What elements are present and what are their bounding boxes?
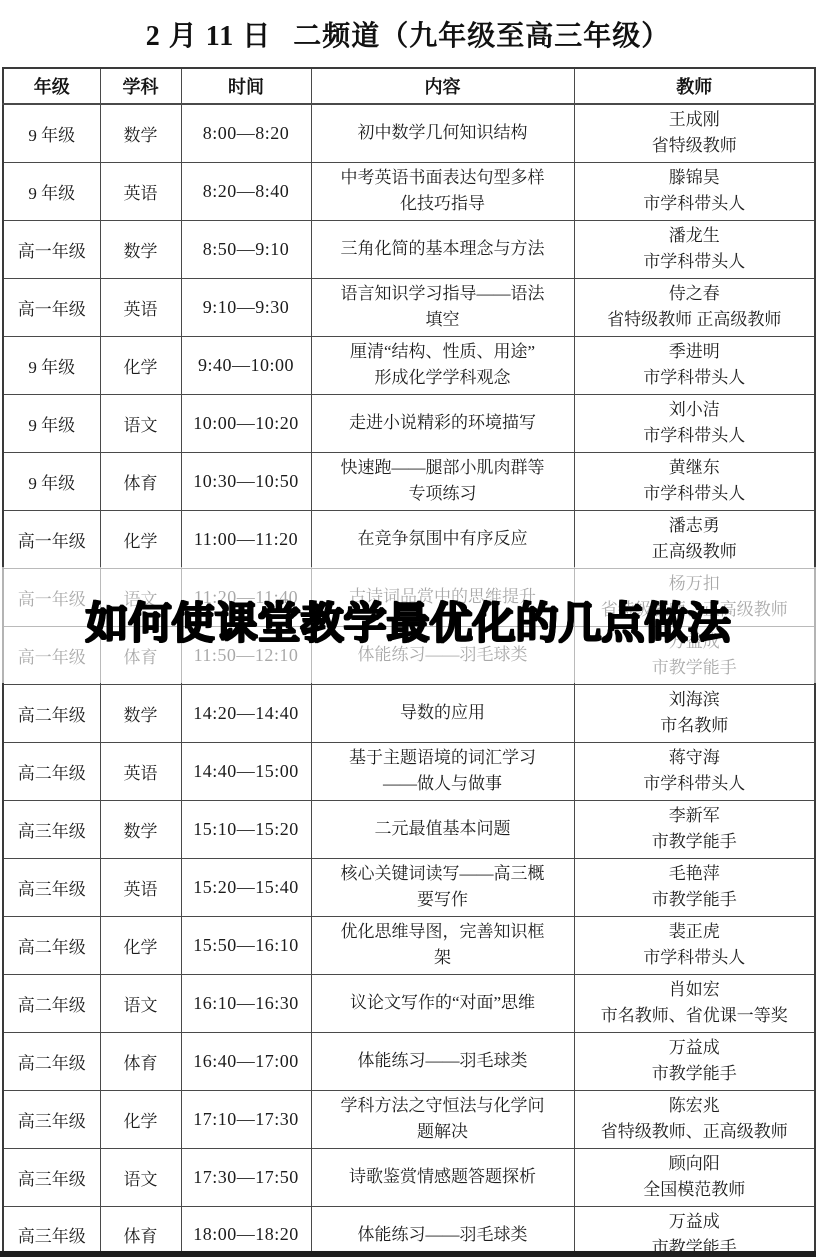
time-cell: 9:40—10:00 — [181, 336, 311, 394]
grade-cell: 9 年级 — [3, 336, 100, 394]
grade-cell: 高二年级 — [3, 684, 100, 742]
teacher-name: 黄继东 — [579, 455, 811, 481]
header-row: 年级 学科 时间 内容 教师 — [3, 68, 815, 104]
teacher-title: 市学科带头人 — [579, 945, 811, 971]
grade-cell: 9 年级 — [3, 394, 100, 452]
subject-cell: 体育 — [100, 452, 181, 510]
subject-cell: 体育 — [100, 626, 181, 684]
table-row: 高三年级 化学 17:10—17:30 学科方法之守恒法与化学问 题解决 陈宏兆… — [3, 1090, 815, 1148]
time-cell: 11:00—11:20 — [181, 510, 311, 568]
teacher-name: 刘海滨 — [579, 687, 811, 713]
teacher-name: 陈宏兆 — [579, 1093, 811, 1119]
subject-cell: 语文 — [100, 974, 181, 1032]
time-cell: 17:30—17:50 — [181, 1148, 311, 1206]
grade-cell: 高三年级 — [3, 1148, 100, 1206]
teacher-cell: 顾向阳 全国模范教师 — [574, 1148, 815, 1206]
content-cell: 优化思维导图，完善知识框 架 — [311, 916, 574, 974]
grade-cell: 高二年级 — [3, 1032, 100, 1090]
col-header-teacher: 教师 — [574, 68, 815, 104]
table-row: 高二年级 体育 16:40—17:00 体能练习——羽毛球类 万益成 市教学能手 — [3, 1032, 815, 1090]
subject-cell: 数学 — [100, 104, 181, 162]
teacher-name: 毛艳萍 — [579, 861, 811, 887]
teacher-cell: 肖如宏 市名教师、省优课一等奖 — [574, 974, 815, 1032]
content-cell: 快速跑——腿部小肌肉群等 专项练习 — [311, 452, 574, 510]
grade-cell: 高二年级 — [3, 916, 100, 974]
teacher-title: 市名教师 — [579, 713, 811, 739]
subject-cell: 化学 — [100, 916, 181, 974]
schedule-table: 年级 学科 时间 内容 教师 9 年级 数学 8:00—8:20 初中数学几何知… — [2, 67, 816, 1257]
grade-cell: 高一年级 — [3, 220, 100, 278]
teacher-cell: 刘海滨 市名教师 — [574, 684, 815, 742]
teacher-cell: 万益成 市教学能手 — [574, 626, 815, 684]
teacher-cell: 杨万扣 省特级教师、正高级教师 — [574, 568, 815, 626]
teacher-name: 李新军 — [579, 803, 811, 829]
table-row: 高二年级 化学 15:50—16:10 优化思维导图，完善知识框 架 裴正虎 市… — [3, 916, 815, 974]
subject-cell: 语文 — [100, 1148, 181, 1206]
teacher-title: 市学科带头人 — [579, 771, 811, 797]
teacher-title: 市教学能手 — [579, 655, 811, 681]
teacher-name: 万益成 — [579, 1035, 811, 1061]
content-cell: 学科方法之守恒法与化学问 题解决 — [311, 1090, 574, 1148]
title-date: 2 月 11 日 — [146, 14, 271, 54]
teacher-name: 滕锦昊 — [579, 165, 811, 191]
content-cell: 二元最值基本问题 — [311, 800, 574, 858]
subject-cell: 英语 — [100, 742, 181, 800]
table-row: 高二年级 数学 14:20—14:40 导数的应用 刘海滨 市名教师 — [3, 684, 815, 742]
teacher-name: 季进明 — [579, 339, 811, 365]
grade-cell: 高一年级 — [3, 626, 100, 684]
content-cell: 厘清“结构、性质、用途” 形成化学学科观念 — [311, 336, 574, 394]
page-title: 2 月 11 日 二频道（九年级至高三年级） — [0, 0, 816, 67]
teacher-cell: 陈宏兆 省特级教师、正高级教师 — [574, 1090, 815, 1148]
teacher-title: 市学科带头人 — [579, 365, 811, 391]
content-cell: 初中数学几何知识结构 — [311, 104, 574, 162]
content-cell: 议论文写作的“对面”思维 — [311, 974, 574, 1032]
teacher-cell: 万益成 市教学能手 — [574, 1206, 815, 1257]
table-row: 高二年级 语文 16:10—16:30 议论文写作的“对面”思维 肖如宏 市名教… — [3, 974, 815, 1032]
content-cell: 三角化简的基本理念与方法 — [311, 220, 574, 278]
time-cell: 17:10—17:30 — [181, 1090, 311, 1148]
content-cell: 语言知识学习指导——语法 填空 — [311, 278, 574, 336]
grade-cell: 高二年级 — [3, 974, 100, 1032]
table-row: 9 年级 体育 10:30—10:50 快速跑——腿部小肌肉群等 专项练习 黄继… — [3, 452, 815, 510]
teacher-cell: 季进明 市学科带头人 — [574, 336, 815, 394]
teacher-cell: 毛艳萍 市教学能手 — [574, 858, 815, 916]
subject-cell: 体育 — [100, 1206, 181, 1257]
table-row: 9 年级 数学 8:00—8:20 初中数学几何知识结构 王成刚 省特级教师 — [3, 104, 815, 162]
teacher-title: 省特级教师、正高级教师 — [579, 597, 811, 623]
time-cell: 10:30—10:50 — [181, 452, 311, 510]
grade-cell: 高三年级 — [3, 1206, 100, 1257]
teacher-cell: 蒋守海 市学科带头人 — [574, 742, 815, 800]
teacher-title: 市教学能手 — [579, 829, 811, 855]
subject-cell: 英语 — [100, 278, 181, 336]
content-cell: 古诗词品赏中的思维提升 — [311, 568, 574, 626]
teacher-title: 市名教师、省优课一等奖 — [579, 1003, 811, 1029]
teacher-name: 万益成 — [579, 629, 811, 655]
grade-cell: 高一年级 — [3, 278, 100, 336]
table-row: 9 年级 英语 8:20—8:40 中考英语书面表达句型多样 化技巧指导 滕锦昊… — [3, 162, 815, 220]
col-header-subject: 学科 — [100, 68, 181, 104]
time-cell: 11:50—12:10 — [181, 626, 311, 684]
content-cell: 体能练习——羽毛球类 — [311, 1206, 574, 1257]
time-cell: 16:10—16:30 — [181, 974, 311, 1032]
teacher-name: 刘小洁 — [579, 397, 811, 423]
grade-cell: 高三年级 — [3, 858, 100, 916]
table-row: 高二年级 英语 14:40—15:00 基于主题语境的词汇学习 ——做人与做事 … — [3, 742, 815, 800]
grade-cell: 9 年级 — [3, 162, 100, 220]
time-cell: 8:20—8:40 — [181, 162, 311, 220]
table-row: 高一年级 语文 11:20—11:40 古诗词品赏中的思维提升 杨万扣 省特级教… — [3, 568, 815, 626]
teacher-cell: 侍之春 省特级教师 正高级教师 — [574, 278, 815, 336]
time-cell: 10:00—10:20 — [181, 394, 311, 452]
time-cell: 15:50—16:10 — [181, 916, 311, 974]
teacher-cell: 万益成 市教学能手 — [574, 1032, 815, 1090]
subject-cell: 语文 — [100, 568, 181, 626]
table-row: 高三年级 语文 17:30—17:50 诗歌鉴赏情感题答题探析 顾向阳 全国模范… — [3, 1148, 815, 1206]
time-cell: 18:00—18:20 — [181, 1206, 311, 1257]
content-cell: 体能练习——羽毛球类 — [311, 1032, 574, 1090]
teacher-title: 全国模范教师 — [579, 1177, 811, 1203]
content-cell: 核心关键词读写——高三概 要写作 — [311, 858, 574, 916]
grade-cell: 高二年级 — [3, 742, 100, 800]
col-header-time: 时间 — [181, 68, 311, 104]
content-cell: 中考英语书面表达句型多样 化技巧指导 — [311, 162, 574, 220]
subject-cell: 数学 — [100, 220, 181, 278]
time-cell: 15:10—15:20 — [181, 800, 311, 858]
teacher-name: 王成刚 — [579, 107, 811, 133]
time-cell: 15:20—15:40 — [181, 858, 311, 916]
teacher-title: 市教学能手 — [579, 1061, 811, 1087]
grade-cell: 9 年级 — [3, 104, 100, 162]
content-cell: 体能练习——羽毛球类 — [311, 626, 574, 684]
teacher-cell: 刘小洁 市学科带头人 — [574, 394, 815, 452]
schedule-page: 2 月 11 日 二频道（九年级至高三年级） 年级 学科 时间 内容 教师 9 … — [0, 0, 816, 1257]
teacher-title: 市学科带头人 — [579, 481, 811, 507]
time-cell: 9:10—9:30 — [181, 278, 311, 336]
grade-cell: 高三年级 — [3, 1090, 100, 1148]
teacher-cell: 裴正虎 市学科带头人 — [574, 916, 815, 974]
teacher-title: 正高级教师 — [579, 539, 811, 565]
time-cell: 8:00—8:20 — [181, 104, 311, 162]
teacher-name: 潘志勇 — [579, 513, 811, 539]
teacher-title: 市教学能手 — [579, 887, 811, 913]
bottom-bar — [0, 1251, 816, 1257]
table-row: 9 年级 化学 9:40—10:00 厘清“结构、性质、用途” 形成化学学科观念… — [3, 336, 815, 394]
subject-cell: 体育 — [100, 1032, 181, 1090]
teacher-title: 市学科带头人 — [579, 423, 811, 449]
teacher-cell: 潘龙生 市学科带头人 — [574, 220, 815, 278]
grade-cell: 高三年级 — [3, 800, 100, 858]
time-cell: 14:20—14:40 — [181, 684, 311, 742]
subject-cell: 英语 — [100, 162, 181, 220]
content-cell: 在竞争氛围中有序反应 — [311, 510, 574, 568]
content-cell: 基于主题语境的词汇学习 ——做人与做事 — [311, 742, 574, 800]
table-row: 高一年级 英语 9:10—9:30 语言知识学习指导——语法 填空 侍之春 省特… — [3, 278, 815, 336]
teacher-name: 潘龙生 — [579, 223, 811, 249]
schedule-table-body: 9 年级 数学 8:00—8:20 初中数学几何知识结构 王成刚 省特级教师 9… — [3, 104, 815, 1257]
grade-cell: 高一年级 — [3, 568, 100, 626]
teacher-cell: 黄继东 市学科带头人 — [574, 452, 815, 510]
subject-cell: 化学 — [100, 336, 181, 394]
table-row: 高一年级 化学 11:00—11:20 在竞争氛围中有序反应 潘志勇 正高级教师 — [3, 510, 815, 568]
teacher-cell: 李新军 市教学能手 — [574, 800, 815, 858]
teacher-name: 杨万扣 — [579, 571, 811, 597]
teacher-name: 万益成 — [579, 1209, 811, 1235]
time-cell: 14:40—15:00 — [181, 742, 311, 800]
grade-cell: 9 年级 — [3, 452, 100, 510]
content-cell: 走进小说精彩的环境描写 — [311, 394, 574, 452]
time-cell: 16:40—17:00 — [181, 1032, 311, 1090]
subject-cell: 数学 — [100, 800, 181, 858]
teacher-name: 肖如宏 — [579, 977, 811, 1003]
subject-cell: 数学 — [100, 684, 181, 742]
table-row: 高一年级 数学 8:50—9:10 三角化简的基本理念与方法 潘龙生 市学科带头… — [3, 220, 815, 278]
teacher-cell: 王成刚 省特级教师 — [574, 104, 815, 162]
teacher-title: 省特级教师 — [579, 133, 811, 159]
grade-cell: 高一年级 — [3, 510, 100, 568]
table-row: 高三年级 英语 15:20—15:40 核心关键词读写——高三概 要写作 毛艳萍… — [3, 858, 815, 916]
content-cell: 诗歌鉴赏情感题答题探析 — [311, 1148, 574, 1206]
teacher-title: 市学科带头人 — [579, 191, 811, 217]
teacher-title: 省特级教师、正高级教师 — [579, 1119, 811, 1145]
teacher-title: 市学科带头人 — [579, 249, 811, 275]
teacher-cell: 滕锦昊 市学科带头人 — [574, 162, 815, 220]
table-row: 9 年级 语文 10:00—10:20 走进小说精彩的环境描写 刘小洁 市学科带… — [3, 394, 815, 452]
table-row: 高一年级 体育 11:50—12:10 体能练习——羽毛球类 万益成 市教学能手 — [3, 626, 815, 684]
teacher-title: 省特级教师 正高级教师 — [579, 307, 811, 333]
teacher-name: 顾向阳 — [579, 1151, 811, 1177]
subject-cell: 化学 — [100, 510, 181, 568]
table-row: 高三年级 数学 15:10—15:20 二元最值基本问题 李新军 市教学能手 — [3, 800, 815, 858]
subject-cell: 化学 — [100, 1090, 181, 1148]
schedule-table-header: 年级 学科 时间 内容 教师 — [3, 68, 815, 104]
teacher-name: 侍之春 — [579, 281, 811, 307]
table-row: 高三年级 体育 18:00—18:20 体能练习——羽毛球类 万益成 市教学能手 — [3, 1206, 815, 1257]
teacher-name: 裴正虎 — [579, 919, 811, 945]
teacher-name: 蒋守海 — [579, 745, 811, 771]
teacher-cell: 潘志勇 正高级教师 — [574, 510, 815, 568]
time-cell: 8:50—9:10 — [181, 220, 311, 278]
time-cell: 11:20—11:40 — [181, 568, 311, 626]
title-channel: 二频道（九年级至高三年级） — [293, 14, 670, 54]
col-header-grade: 年级 — [3, 68, 100, 104]
subject-cell: 语文 — [100, 394, 181, 452]
subject-cell: 英语 — [100, 858, 181, 916]
content-cell: 导数的应用 — [311, 684, 574, 742]
col-header-content: 内容 — [311, 68, 574, 104]
